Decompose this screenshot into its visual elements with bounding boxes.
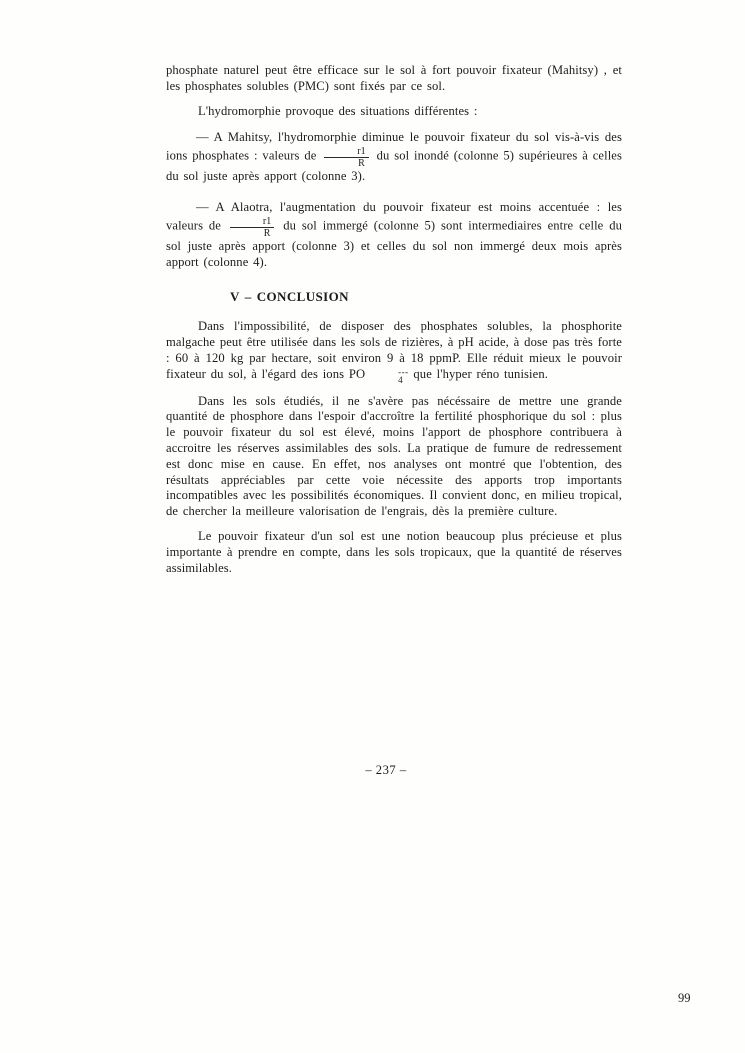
text-block: phosphate naturel peut être efficace sur… bbox=[166, 63, 622, 576]
section-heading-conclusion: V – CONCLUSION bbox=[230, 289, 622, 305]
corner-folio-number: 99 bbox=[678, 991, 691, 1006]
phosphate-ion-formula: PO---4 bbox=[349, 367, 409, 381]
paragraph-intro: phosphate naturel peut être efficace sur… bbox=[166, 63, 622, 95]
paragraph-mahitsy-item: — A Mahitsy, l'hydromorphie diminue le p… bbox=[166, 130, 622, 185]
fraction-r1-over-R: r1R bbox=[324, 146, 369, 169]
scanned-paper-page: phosphate naturel peut être efficace sur… bbox=[0, 0, 745, 1053]
footer-page-number: – 237 – bbox=[166, 763, 606, 778]
paragraph-conclusion-1: Dans l'impossibilité, de disposer des ph… bbox=[166, 319, 622, 384]
paragraph-alaotra-item: — A Alaotra, l'augmentation du pouvoir f… bbox=[166, 200, 622, 270]
paragraph-conclusion-3: Le pouvoir fixateur d'un sol est une not… bbox=[166, 529, 622, 576]
paragraph-hydromorphie: L'hydromorphie provoque des situations d… bbox=[166, 104, 622, 120]
fraction-r1-over-R: r1R bbox=[230, 216, 275, 239]
paragraph-conclusion-2: Dans les sols étudiés, il ne s'avère pas… bbox=[166, 394, 622, 520]
